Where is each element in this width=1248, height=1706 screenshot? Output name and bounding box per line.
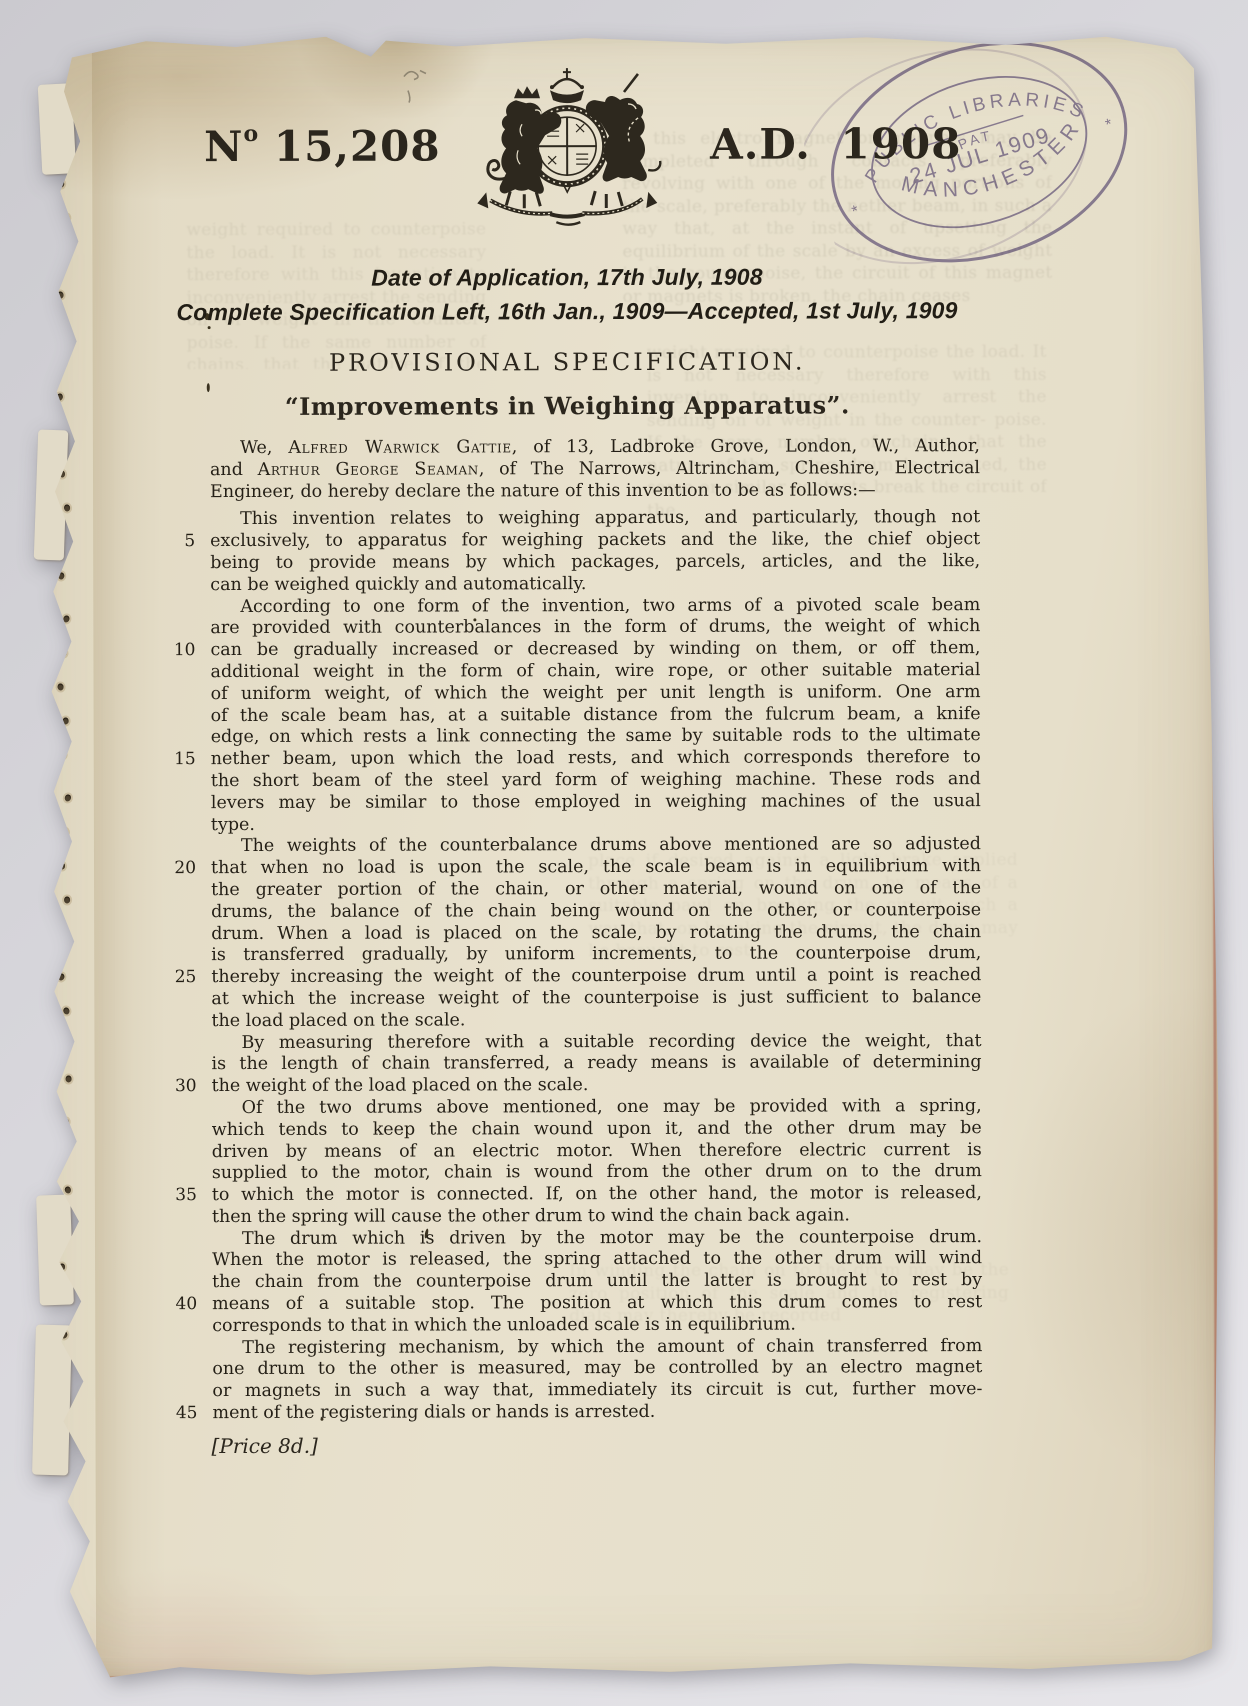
spec-line: which tends to keep the chain wound upon… — [157, 1118, 982, 1142]
line-number — [156, 793, 211, 815]
line-text: levers may be similar to those employed … — [211, 791, 981, 815]
line-text: Engineer, do hereby declare the nature o… — [210, 480, 980, 504]
line-number — [157, 1360, 212, 1382]
spec-line: is transferred gradually, by uniform inc… — [156, 943, 981, 967]
spec-line: corresponds to that in which the unloade… — [157, 1314, 982, 1338]
spec-line: type. — [156, 813, 981, 837]
line-text: When the motor is released, the spring a… — [212, 1249, 982, 1273]
stitch-hole — [59, 751, 66, 759]
stitch-hole — [58, 180, 64, 187]
spec-line: are provided with counterbalances in the… — [155, 616, 980, 640]
red-page-edge — [1211, 188, 1218, 1658]
stitch-hole — [63, 615, 71, 623]
spec-line: then the spring will cause the other dru… — [157, 1205, 982, 1229]
stitch-hole — [61, 939, 68, 947]
royal-coat-of-arms-icon — [452, 58, 682, 231]
line-text: nether beam, upon which the load rests, … — [211, 747, 981, 771]
spec-line: 40means of a suitable stop. The position… — [157, 1292, 982, 1316]
spec-line: is the length of chain transferred, a re… — [157, 1052, 982, 1076]
spec-line: 35to which the motor is connected. If, o… — [157, 1183, 982, 1207]
line-number — [155, 575, 210, 597]
spec-line: 30the weight of the load placed on the s… — [157, 1074, 982, 1098]
spec-line: The drum which is driven by the motor ma… — [157, 1227, 982, 1251]
stitch-hole — [56, 393, 63, 401]
stitch-hole — [60, 1041, 67, 1049]
line-text: supplied to the motor, chain is wound fr… — [212, 1161, 982, 1185]
stitch-hole — [60, 649, 68, 657]
line-number — [156, 815, 211, 837]
spec-line: edge, on which rests a link connecting t… — [156, 725, 981, 749]
line-number — [156, 1011, 211, 1033]
spec-line: 25thereby increasing the weight of the c… — [156, 965, 981, 989]
line-text: additional weight in the form of chain, … — [210, 660, 980, 684]
line-number — [156, 727, 211, 749]
line-number — [157, 1338, 212, 1360]
invention-title: “Improvements in Weighing Apparatus”. — [155, 390, 980, 421]
stitch-hole — [63, 717, 69, 724]
line-text: the weight of the load placed on the sca… — [212, 1074, 982, 1098]
spec-line: When the motor is released, the spring a… — [157, 1249, 982, 1273]
line-number — [156, 836, 211, 858]
line-text: This invention relates to weighing appar… — [210, 507, 980, 531]
line-number — [155, 597, 210, 619]
binding-holes — [26, 28, 1218, 31]
line-number — [157, 1163, 212, 1185]
stitch-hole — [63, 1007, 71, 1015]
line-number: 5 — [155, 531, 210, 553]
stitch-hole — [60, 248, 68, 256]
line-number: 15 — [156, 749, 211, 771]
line-text: corresponds to that in which the unloade… — [212, 1314, 982, 1338]
line-text: Of the two drums above mentioned, one ma… — [212, 1096, 982, 1120]
line-number — [155, 509, 210, 531]
stitch-hole — [60, 359, 66, 366]
spec-line: can be weighed quickly and automatically… — [155, 573, 980, 597]
line-number: 20 — [156, 858, 211, 880]
line-text: The drum which is driven by the motor ma… — [212, 1227, 982, 1251]
spec-line: 15nether beam, upon which the load rests… — [156, 747, 981, 771]
spec-line: We, Alfred Warwick Gattie, of 13, Ladbro… — [155, 436, 980, 460]
line-number — [157, 1316, 212, 1338]
stitch-hole — [64, 504, 71, 512]
line-text: According to one form of the invention, … — [210, 595, 980, 619]
paper-stain — [90, 1563, 350, 1684]
stitch-hole — [57, 683, 64, 691]
filing-dates: Date of Application, 17th July, 1908 Com… — [154, 259, 979, 329]
line-text: is the length of chain transferred, a re… — [212, 1052, 982, 1076]
line-text: at which the increase weight of the coun… — [211, 987, 981, 1011]
line-number — [156, 880, 211, 902]
patent-number-n: N — [204, 122, 244, 171]
patent-page: of this electro magnet or magnets may be… — [26, 28, 1222, 1683]
line-number — [157, 1381, 212, 1403]
line-number — [157, 1207, 212, 1229]
spec-line: 5exclusively, to apparatus for weighing … — [155, 529, 980, 553]
line-number — [156, 945, 211, 967]
line-number: 35 — [157, 1185, 212, 1207]
line-number — [157, 1229, 212, 1251]
complete-specification-date: Complete Specification Left, 16th Jan., … — [155, 293, 980, 329]
line-text: then the spring will cause the other dru… — [212, 1205, 982, 1229]
line-number — [156, 924, 211, 946]
scanned-document: of this electro magnet or magnets may be… — [28, 30, 1220, 1682]
price-note: [Price 8d.] — [212, 1432, 983, 1458]
line-number: 40 — [157, 1294, 212, 1316]
line-number — [156, 1033, 211, 1055]
line-number — [155, 438, 210, 460]
line-text: of the scale beam has, at a suitable dis… — [211, 704, 981, 728]
line-text: is transferred gradually, by uniform inc… — [211, 943, 981, 967]
red-page-edge — [100, 1674, 1190, 1680]
line-number — [157, 1272, 212, 1294]
spec-line: the load placed on the scale. — [156, 1009, 981, 1033]
line-number — [155, 482, 210, 504]
spec-line: 10can be gradually increased or decrease… — [155, 638, 980, 662]
line-text: can be gradually increased or decreased … — [210, 638, 980, 662]
line-number — [156, 684, 211, 706]
line-number — [155, 662, 210, 684]
line-number — [155, 460, 210, 482]
line-text: or magnets in such a way that, immediate… — [212, 1379, 982, 1403]
spec-line: drums, the balance of the chain being wo… — [156, 900, 981, 924]
line-number — [157, 1120, 212, 1142]
line-number — [155, 618, 210, 640]
line-text: drum. When a load is placed on the scale… — [211, 922, 981, 946]
stitch-hole — [59, 1152, 67, 1160]
paper-stain — [1000, 980, 1221, 1481]
spec-line: 45ment of the registering dials or hands… — [157, 1401, 982, 1425]
year-label: A.D. 1908 — [710, 119, 961, 169]
line-text: and Arthur George Seaman, of The Narrows… — [210, 458, 980, 482]
spec-line: additional weight in the form of chain, … — [155, 660, 980, 684]
spec-line: or magnets in such a way that, immediate… — [157, 1379, 982, 1403]
spec-line: at which the increase weight of the coun… — [156, 987, 981, 1011]
stitch-hole — [63, 214, 70, 222]
page-content: No 15,208 — [154, 65, 983, 1458]
line-number — [156, 706, 211, 728]
stitch-hole — [64, 896, 70, 903]
spec-line: and Arthur George Seaman, of The Narrows… — [155, 458, 980, 482]
line-text: are provided with counterbalances in the… — [210, 616, 980, 640]
line-text: means of a suitable stop. The position a… — [212, 1292, 982, 1316]
patent-number-sup: o — [243, 121, 258, 147]
stitch-hole — [62, 325, 69, 333]
line-text: one drum to the other is measured, may b… — [212, 1358, 982, 1382]
line-text: can be weighed quickly and automatically… — [210, 573, 980, 597]
patent-number-value: 15,208 — [258, 121, 441, 170]
line-number — [157, 1098, 212, 1120]
spec-line: supplied to the motor, chain is wound fr… — [157, 1161, 982, 1185]
spec-line: The registering mechanism, by which the … — [157, 1336, 982, 1360]
line-number — [155, 553, 210, 575]
line-number — [157, 1054, 212, 1076]
line-number — [157, 1142, 212, 1164]
line-text: ment of the registering dials or hands i… — [212, 1401, 982, 1425]
spec-line: the greater portion of the chain, or oth… — [156, 878, 981, 902]
line-text: The weights of the counterbalance drums … — [211, 834, 981, 858]
spec-line: Engineer, do hereby declare the nature o… — [155, 480, 980, 504]
line-text: We, Alfred Warwick Gattie, of 13, Ladbro… — [210, 436, 980, 460]
spec-line: the chain from the counterpoise drum unt… — [157, 1270, 982, 1294]
stitch-hole — [62, 1118, 69, 1126]
spec-line: The weights of the counterbalance drums … — [156, 834, 981, 858]
line-text: the chain from the counterpoise drum unt… — [212, 1270, 982, 1294]
stitch-hole — [58, 572, 65, 580]
line-text: which tends to keep the chain wound upon… — [212, 1118, 982, 1142]
line-number — [156, 902, 211, 924]
section-heading: PROVISIONAL SPECIFICATION. — [155, 347, 980, 377]
stitch-hole — [64, 1186, 72, 1194]
stitch-hole — [59, 862, 66, 870]
spec-line: This invention relates to weighing appar… — [155, 507, 980, 531]
stitch-hole — [61, 828, 69, 836]
spec-line: the short beam of the steel yard form of… — [156, 769, 981, 793]
spec-line: of the scale beam has, at a suitable dis… — [156, 704, 981, 728]
line-text: By measuring therefore with a suitable r… — [211, 1031, 981, 1055]
line-text: edge, on which rests a link connecting t… — [211, 725, 981, 749]
line-number: 25 — [156, 967, 211, 989]
stamp-star-right: * — [1104, 116, 1115, 134]
line-number: 45 — [157, 1403, 212, 1425]
line-text: that when no load is upon the scale, the… — [211, 856, 981, 880]
line-number — [156, 771, 211, 793]
pencil-mark — [400, 66, 434, 110]
line-number — [157, 1251, 212, 1273]
line-text: The registering mechanism, by which the … — [212, 1336, 982, 1360]
specification-body: We, Alfred Warwick Gattie, of 13, Ladbro… — [155, 436, 983, 1425]
spec-line: Of the two drums above mentioned, one ma… — [157, 1096, 982, 1120]
line-text: the greater portion of the chain, or oth… — [211, 878, 981, 902]
line-text: driven by means of an electric motor. Wh… — [212, 1140, 982, 1164]
line-text: thereby increasing the weight of the cou… — [211, 965, 981, 989]
patent-number: No 15,208 — [204, 120, 441, 171]
stitch-hole — [64, 794, 72, 802]
spec-line: levers may be similar to those employed … — [156, 791, 981, 815]
line-number: 30 — [157, 1076, 212, 1098]
spec-line: of uniform weight, of which the weight p… — [156, 682, 981, 706]
line-text: type. — [211, 813, 981, 837]
line-text: to which the motor is connected. If, on … — [212, 1183, 982, 1207]
line-number — [156, 989, 211, 1011]
spec-line: According to one form of the invention, … — [155, 595, 980, 619]
line-text: the load placed on the scale. — [211, 1009, 981, 1033]
spec-line: drum. When a load is placed on the scale… — [156, 922, 981, 946]
document-header: No 15,208 — [154, 65, 979, 239]
spec-line: being to provide means by which packages… — [155, 551, 980, 575]
stitch-hole — [57, 291, 65, 299]
line-text: the short beam of the steel yard form of… — [211, 769, 981, 793]
line-text: being to provide means by which packages… — [210, 551, 980, 575]
date-of-application: Date of Application, 17th July, 1908 — [154, 259, 979, 295]
line-text: exclusively, to apparatus for weighing p… — [210, 529, 980, 553]
stitch-hole — [66, 1075, 72, 1082]
spec-line: driven by means of an electric motor. Wh… — [157, 1140, 982, 1164]
spec-line: 20that when no load is upon the scale, t… — [156, 856, 981, 880]
spec-line: By measuring therefore with a suitable r… — [156, 1031, 981, 1055]
spec-line: one drum to the other is measured, may b… — [157, 1358, 982, 1382]
line-number: 10 — [155, 640, 210, 662]
line-text: of uniform weight, of which the weight p… — [211, 682, 981, 706]
line-text: drums, the balance of the chain being wo… — [211, 900, 981, 924]
stitch-hole — [57, 973, 65, 981]
